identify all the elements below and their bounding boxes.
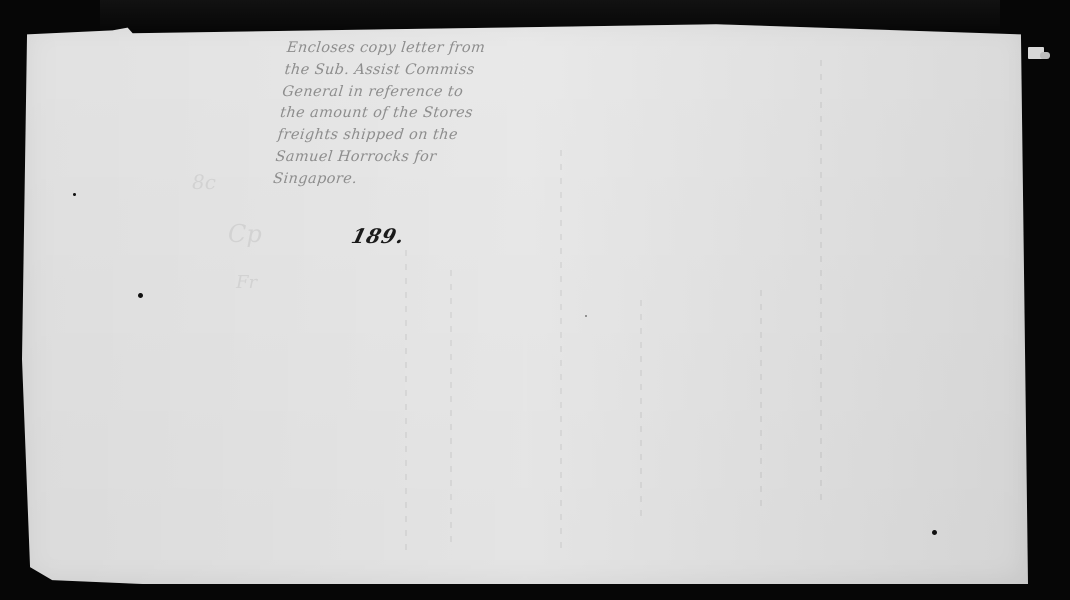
speck bbox=[73, 193, 76, 196]
ghost-mark: Fr bbox=[236, 272, 257, 293]
speck bbox=[585, 315, 587, 317]
scanner-shadow bbox=[100, 0, 1000, 30]
folio-number: 189. bbox=[349, 224, 408, 248]
speck bbox=[932, 530, 937, 535]
endorsement-line: Samuel Horrocks for bbox=[274, 147, 516, 169]
paper-tint bbox=[22, 22, 1028, 584]
bleed-through-mark bbox=[560, 150, 562, 550]
endorsement-line: freights shipped on the bbox=[277, 125, 519, 147]
bleed-through-mark bbox=[820, 60, 822, 500]
bleed-through-mark bbox=[760, 290, 762, 510]
endorsement-line: the amount of the Stores bbox=[279, 103, 521, 125]
paper-sheet bbox=[22, 22, 1028, 584]
endorsement-line: Singapore. bbox=[272, 169, 514, 191]
ghost-mark: Cp bbox=[228, 220, 262, 248]
bleed-through-mark bbox=[640, 300, 642, 520]
endorsement-line: General in reference to bbox=[281, 82, 523, 104]
speck bbox=[138, 293, 143, 298]
ghost-mark: 8c bbox=[192, 170, 216, 194]
bleed-through-mark bbox=[450, 270, 452, 550]
endorsement-line: Encloses copy letter from bbox=[286, 38, 528, 60]
document-scan: 8c Cp Fr Encloses copy letter from the S… bbox=[0, 0, 1070, 600]
endorsement-line: the Sub. Assist Commiss bbox=[283, 60, 525, 82]
paper-tab-tip bbox=[1040, 52, 1050, 59]
endorsement-text: Encloses copy letter from the Sub. Assis… bbox=[272, 38, 528, 191]
bleed-through-mark bbox=[405, 250, 407, 550]
